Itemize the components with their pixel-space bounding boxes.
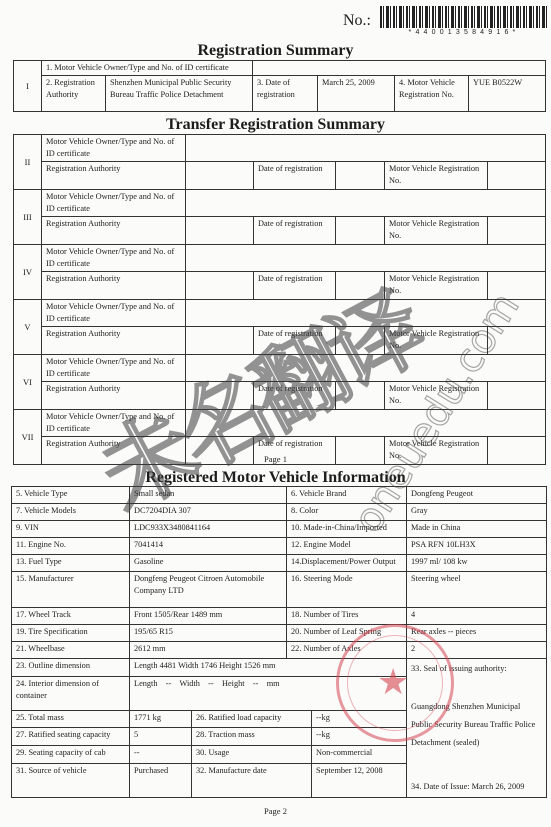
owner-value <box>186 410 546 437</box>
field-label: 28. Traction mass <box>192 728 312 746</box>
field-value: Length 4481 Width 1746 Height 1526 mm <box>130 659 407 677</box>
owner-value <box>186 355 546 382</box>
page-1-label: Page 1 <box>0 454 551 464</box>
seal-label: 33. Seal of issuing authority: <box>411 660 542 678</box>
field-label: 13. Fuel Type <box>12 555 130 572</box>
owner-label: Motor Vehicle Owner/Type and No. of ID c… <box>42 190 186 217</box>
table-row: 23. Outline dimensionLength 4481 Width 1… <box>12 659 547 677</box>
field-value: 195/65 R15 <box>130 625 287 642</box>
field-value: 1997 ml/ 108 kw <box>407 555 547 572</box>
row-number: V <box>14 300 42 355</box>
field-value: -- <box>130 746 192 764</box>
field-label: 16. Steering Mode <box>287 572 407 608</box>
owner-value <box>186 135 546 162</box>
transfer-summary-table: IIMotor Vehicle Owner/Type and No. of ID… <box>13 134 546 465</box>
field-label: 23. Outline dimension <box>12 659 130 677</box>
authority-value <box>186 162 254 190</box>
issue-date: 34. Date of Issue: March 26, 2009 <box>411 778 542 796</box>
vehicle-info-title: Registered Motor Vehicle Information <box>0 469 551 487</box>
field-value: Dongfeng Peugeot <box>407 487 547 504</box>
date-value <box>336 217 385 245</box>
authority-value <box>186 272 254 300</box>
field-value: --kg <box>312 728 407 746</box>
seal-authority: Guangdong Shenzhen Municipal Public Secu… <box>411 698 542 752</box>
owner-label: Motor Vehicle Owner/Type and No. of ID c… <box>42 355 186 382</box>
authority-value <box>186 327 254 355</box>
field-value: Front 1505/Rear 1489 mm <box>130 608 287 625</box>
reg-no-label: 4. Motor Vehicle Registration No. <box>395 76 469 112</box>
field-value: Length -- Width -- Height -- mm <box>130 676 407 710</box>
transfer-summary-title: Transfer Registration Summary <box>0 116 551 134</box>
field-value: Made in China <box>407 521 547 538</box>
transfer-entry: VIMotor Vehicle Owner/Type and No. of ID… <box>14 355 546 382</box>
field-label: 20. Number of Leaf Spring <box>287 625 407 642</box>
field-value: DC7204DIA 307 <box>130 504 287 521</box>
table-row: 5. Vehicle TypeSmall sedan6. Vehicle Bra… <box>12 487 547 504</box>
barcode-bars <box>380 6 548 28</box>
date-value: March 25, 2009 <box>318 76 395 112</box>
field-label: 5. Vehicle Type <box>12 487 130 504</box>
field-value: PSA RFN 10LH3X <box>407 538 547 555</box>
field-value: 5 <box>130 728 192 746</box>
barcode-digits: *440013584916* <box>380 29 548 36</box>
field-value: Steering wheel <box>407 572 547 608</box>
reg-no-value <box>488 217 546 245</box>
reg-no-label: Motor Vehicle Registration No. <box>385 272 488 300</box>
authority-value <box>186 382 254 410</box>
field-label: 29. Seating capacity of cab <box>12 746 130 764</box>
field-label: 17. Wheel Track <box>12 608 130 625</box>
field-value: 7041414 <box>130 538 287 555</box>
date-label: Date of registration <box>254 382 336 410</box>
field-value: Gasoline <box>130 555 287 572</box>
field-value: LDC933X3480841164 <box>130 521 287 538</box>
authority-label: Registration Authority <box>42 217 186 245</box>
date-label: Date of registration <box>254 327 336 355</box>
field-label: 25. Total mass <box>12 710 130 728</box>
table-row: 7. Vehicle ModelsDC7204DIA 3078. ColorGr… <box>12 504 547 521</box>
document-number-label: No.: <box>343 12 371 30</box>
transfer-entry: VIIMotor Vehicle Owner/Type and No. of I… <box>14 410 546 437</box>
table-row: 11. Engine No.704141412. Engine ModelPSA… <box>12 538 547 555</box>
field-value: Small sedan <box>130 487 287 504</box>
field-label: 30. Usage <box>192 746 312 764</box>
date-value <box>336 272 385 300</box>
row-number: III <box>14 190 42 245</box>
field-label: 27. Ratified seating capacity <box>12 728 130 746</box>
field-label: 31. Source of vehicle <box>12 764 130 798</box>
authority-label: 2. Registration Authority <box>42 76 106 112</box>
owner-value <box>186 190 546 217</box>
date-value <box>336 162 385 190</box>
field-value: 4 <box>407 608 547 625</box>
date-label: Date of registration <box>254 217 336 245</box>
reg-no-value <box>488 272 546 300</box>
transfer-entry: VMotor Vehicle Owner/Type and No. of ID … <box>14 300 546 327</box>
field-label: 10. Made-in-China/Imported <box>287 521 407 538</box>
field-label: 32. Manufacture date <box>192 764 312 798</box>
owner-label: Motor Vehicle Owner/Type and No. of ID c… <box>42 410 186 437</box>
owner-label: 1. Motor Vehicle Owner/Type and No. of I… <box>42 61 253 76</box>
field-value: 2612 mm <box>130 642 287 659</box>
date-label: 3. Date of registration <box>253 76 318 112</box>
owner-value <box>253 61 546 76</box>
row-number: IV <box>14 245 42 300</box>
table-row: 15. ManufacturerDongfeng Peugeot Citroen… <box>12 572 547 608</box>
table-row: 9. VINLDC933X348084116410. Made-in-China… <box>12 521 547 538</box>
date-label: Date of registration <box>254 272 336 300</box>
field-value: Dongfeng Peugeot Citroen Automobile Comp… <box>130 572 287 608</box>
field-label: 18. Number of Tires <box>287 608 407 625</box>
reg-no-label: Motor Vehicle Registration No. <box>385 217 488 245</box>
field-label: 22. Number of Axles <box>287 642 407 659</box>
field-value: 2 <box>407 642 547 659</box>
field-value: 1771 kg <box>130 710 192 728</box>
field-value: --kg <box>312 710 407 728</box>
reg-no-label: Motor Vehicle Registration No. <box>385 327 488 355</box>
owner-value <box>186 245 546 272</box>
transfer-entry: IIMotor Vehicle Owner/Type and No. of ID… <box>14 135 546 162</box>
owner-value <box>186 300 546 327</box>
authority-label: Registration Authority <box>42 272 186 300</box>
reg-no-label: Motor Vehicle Registration No. <box>385 162 488 190</box>
row-number: VI <box>14 355 42 410</box>
authority-label: Registration Authority <box>42 327 186 355</box>
registration-summary-table: I 1. Motor Vehicle Owner/Type and No. of… <box>13 60 546 112</box>
transfer-entry: IVMotor Vehicle Owner/Type and No. of ID… <box>14 245 546 272</box>
field-label: 12. Engine Model <box>287 538 407 555</box>
registration-summary-title: Registration Summary <box>0 42 551 60</box>
table-row: 19. Tire Specification195/65 R1520. Numb… <box>12 625 547 642</box>
reg-no-value <box>488 327 546 355</box>
field-value: Purchased <box>130 764 192 798</box>
reg-no-value <box>488 382 546 410</box>
page-2-label: Page 2 <box>0 806 551 816</box>
authority-label: Registration Authority <box>42 162 186 190</box>
vehicle-info-table: 5. Vehicle TypeSmall sedan6. Vehicle Bra… <box>11 486 547 798</box>
transfer-entry: IIIMotor Vehicle Owner/Type and No. of I… <box>14 190 546 217</box>
field-value: September 12, 2008 <box>312 764 407 798</box>
date-value <box>336 382 385 410</box>
table-row: 17. Wheel TrackFront 1505/Rear 1489 mm18… <box>12 608 547 625</box>
field-value: Non-commercial <box>312 746 407 764</box>
date-label: Date of registration <box>254 162 336 190</box>
field-label: 14.Displacement/Power Output <box>287 555 407 572</box>
reg-no-label: Motor Vehicle Registration No. <box>385 382 488 410</box>
barcode: *440013584916* <box>380 6 548 36</box>
seal-cell: 33. Seal of issuing authority:Guangdong … <box>407 659 547 798</box>
field-label: 26. Ratified load capacity <box>192 710 312 728</box>
table-row: 13. Fuel TypeGasoline14.Displacement/Pow… <box>12 555 547 572</box>
reg-no-value <box>488 162 546 190</box>
field-label: 8. Color <box>287 504 407 521</box>
row-number: I <box>14 61 42 112</box>
table-row: 21. Wheelbase2612 mm22. Number of Axles2 <box>12 642 547 659</box>
date-value <box>336 327 385 355</box>
field-label: 7. Vehicle Models <box>12 504 130 521</box>
owner-label: Motor Vehicle Owner/Type and No. of ID c… <box>42 245 186 272</box>
field-value: Rear axles -- pieces <box>407 625 547 642</box>
reg-no-value: YUE B0522W <box>469 76 546 112</box>
field-label: 24. Interior dimension of container <box>12 676 130 710</box>
row-number: II <box>14 135 42 190</box>
field-label: 9. VIN <box>12 521 130 538</box>
field-label: 11. Engine No. <box>12 538 130 555</box>
owner-label: Motor Vehicle Owner/Type and No. of ID c… <box>42 300 186 327</box>
field-label: 6. Vehicle Brand <box>287 487 407 504</box>
field-label: 19. Tire Specification <box>12 625 130 642</box>
owner-label: Motor Vehicle Owner/Type and No. of ID c… <box>42 135 186 162</box>
authority-value <box>186 217 254 245</box>
authority-label: Registration Authority <box>42 382 186 410</box>
authority-value: Shenzhen Municipal Public Security Burea… <box>106 76 253 112</box>
field-value: Gray <box>407 504 547 521</box>
field-label: 15. Manufacturer <box>12 572 130 608</box>
field-label: 21. Wheelbase <box>12 642 130 659</box>
